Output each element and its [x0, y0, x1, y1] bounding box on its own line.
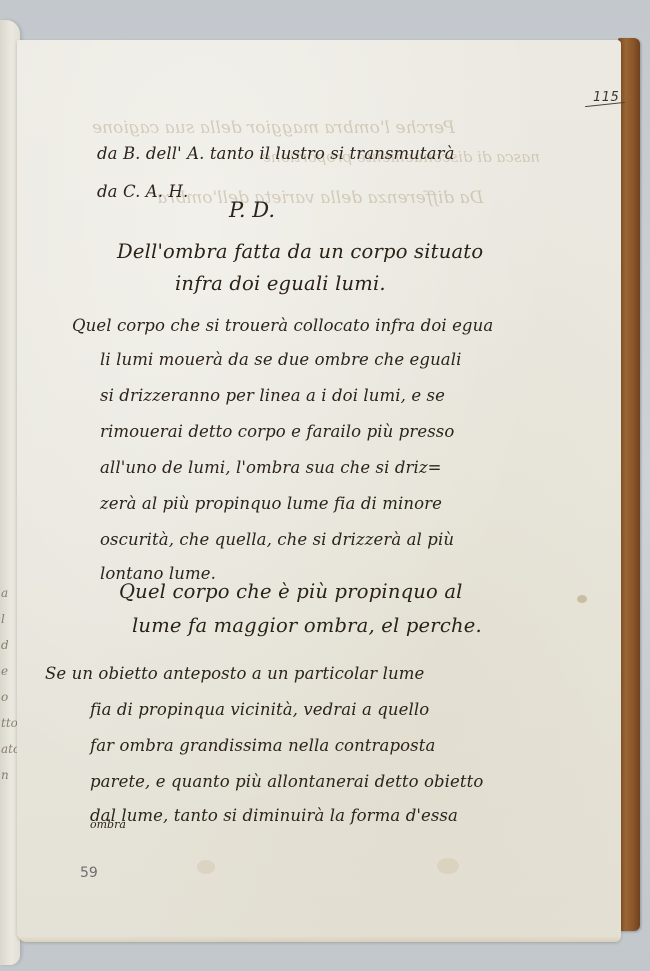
chapter-heading: Quel corpo che è più propinquo al	[119, 580, 463, 603]
text-line: li lumi mouerà da se due ombre che egual…	[100, 350, 462, 369]
text-line: zerà al più propinquo lume fia di minore	[100, 494, 442, 513]
text-line: fia di propinqua vicinità, vedrai a quel…	[90, 700, 429, 719]
text-line: da B. dell' A. tanto il lustro si transm…	[97, 144, 455, 163]
text-line: all'uno de lumi, l'ombra sua che si driz…	[100, 458, 442, 477]
text-line: parete, e quanto più allontanerai detto …	[90, 772, 483, 791]
chapter-heading: Dell'ombra fatta da un corpo situato	[117, 240, 483, 263]
text-line: rimouerai detto corpo e farailo più pres…	[100, 422, 454, 441]
facing-page-text-fragments: a l d e o tto ato n	[1, 580, 17, 860]
text-line: da C. A. H.	[97, 182, 188, 201]
manuscript-page: Perche l'ombra maggior della sua cagione…	[17, 40, 621, 942]
chapter-heading: infra doi eguali lumi.	[175, 272, 386, 295]
text-line-catchword: ombra	[90, 818, 126, 831]
pencil-page-number: 59	[80, 865, 98, 881]
book-binding-edge	[618, 38, 640, 931]
text-line: Se un obietto anteposto a un particolar …	[45, 664, 424, 683]
text-line: far ombra grandissima nella contraposta	[90, 736, 435, 755]
text-line: oscurità, che quella, che si drizzerà al…	[100, 530, 454, 549]
text-line: si drizzeranno per linea a i doi lumi, e…	[100, 386, 445, 405]
chapter-heading: lume fa maggior ombra, el perche.	[132, 614, 482, 637]
text-line: Quel corpo che si trouerà collocato infr…	[72, 316, 493, 335]
section-signature: P. D.	[229, 198, 275, 222]
text-line: dal lume, tanto si diminuirà la forma d'…	[90, 806, 458, 825]
manuscript-text: da B. dell' A. tanto il lustro si transm…	[17, 40, 621, 942]
